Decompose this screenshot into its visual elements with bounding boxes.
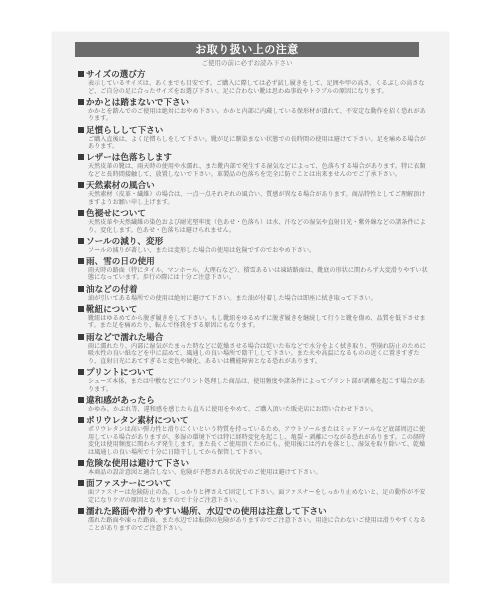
square-bullet-icon xyxy=(78,71,84,77)
section-rain-snow: 雨、雪の日の使用 雨天時の路面（特にタイル、マンホール、大理石など）、積雪あるい… xyxy=(78,257,428,282)
section-print: プリントについて シューズ本体、または中敷などにプリント処理した商品は、使用頻度… xyxy=(78,368,428,393)
section-body: 雨天時の路面（特にタイル、マンホール、大理石など）、積雪あるいは凍結路面は、靴底… xyxy=(78,267,428,282)
section-body: 天然素材（皮革・繊維）の場合は、一点一点それぞれの風合い、質感が異なる場合があり… xyxy=(78,191,428,206)
section-body: かゆみ、かぶれ等、違和感を感じたら直ちに使用をやめて、ご購入頂いた販売店にお問い… xyxy=(78,406,428,414)
sections-list: サイズの選び方 表示しているサイズは、あくまでも目安です。ご購入に際しては必ず試… xyxy=(78,70,428,535)
section-body: ソールの減りが著しい、または変形した場合の使用は危険ですのでおやめ下さい。 xyxy=(78,247,428,255)
section-heading: 濡れた路面や滑りやすい場所、水辺での使用は注意して下さい xyxy=(86,507,327,517)
section-discomfort: 違和感があったら かゆみ、かぶれ等、違和感を感じたら直ちに使用をやめて、ご購入頂… xyxy=(78,396,428,414)
square-bullet-icon xyxy=(78,369,84,375)
section-body: 油が引いてある場所での使用は絶対に避けて下さい。また油が付着した場合は即座に拭き… xyxy=(78,295,428,303)
section-heading: 靴紐について xyxy=(86,305,137,315)
square-bullet-icon xyxy=(78,286,84,292)
section-natural-materials: 天然素材の風合い 天然素材（皮革・繊維）の場合は、一点一点それぞれの風合い、質感… xyxy=(78,181,428,206)
section-body: シューズ本体、または中敷などにプリント処理した商品は、使用頻度や諸条件によってプ… xyxy=(78,378,428,393)
section-heading: かかとは踏まないで下さい xyxy=(86,98,189,108)
section-heading: レザーは色落ちします xyxy=(86,153,172,163)
section-slippery-surfaces: 濡れた路面や滑りやすい場所、水辺での使用は注意して下さい 濡れた路面や凍った路面… xyxy=(78,507,428,532)
square-bullet-icon xyxy=(78,154,84,160)
section-body: ご購入直後は、よく足慣らしをして下さい。靴が足に馴染まない状態での長時間の使用は… xyxy=(78,136,428,151)
document-subtitle: ご使用の前に必ずお読み下さい xyxy=(75,59,419,68)
section-heading: 天然素材の風合い xyxy=(86,181,155,191)
square-bullet-icon xyxy=(78,417,84,423)
section-heading: 雨、雪の日の使用 xyxy=(86,257,155,267)
section-body: 靴紐はゆるめてから脱ぎ履きをして下さい。もし靴紐をゆるめずに脱ぎ履きを継続して行… xyxy=(78,315,428,330)
square-bullet-icon xyxy=(78,258,84,264)
square-bullet-icon xyxy=(78,210,84,216)
section-heading: 油などの付着 xyxy=(86,285,138,295)
section-polyurethane: ポリウレタン素材について ポリウレタンは高い弾力性と滑りにくいという特質を持って… xyxy=(78,416,428,456)
section-fading: 色褪せについて 天然皮革や天然繊維の染色および耐光堅牢度（色あせ・色落ち）は水、… xyxy=(78,209,428,234)
square-bullet-icon xyxy=(78,99,84,105)
section-size: サイズの選び方 表示しているサイズは、あくまでも目安です。ご購入に際しては必ず試… xyxy=(78,70,428,95)
section-sole-wear: ソールの減り、変形 ソールの減りが著しい、または変形した場合の使用は危険ですので… xyxy=(78,237,428,255)
square-bullet-icon xyxy=(78,397,84,403)
section-body: 天然皮革の靴は、雨天時の使用や水濡れ、また靴内部で発生する湿気などによって、色落… xyxy=(78,163,428,178)
section-heading: プリントについて xyxy=(86,368,154,378)
section-laces: 靴紐について 靴紐はゆるめてから脱ぎ履きをして下さい。もし靴紐をゆるめずに脱ぎ履… xyxy=(78,305,428,330)
section-heading: ソールの減り、変形 xyxy=(86,237,163,247)
section-body: 面ファスナーは危険防止の為、しっかりと押さえて固定して下さい。面ファスナーをしっ… xyxy=(78,489,428,504)
section-body: かかとを踏んでのご使用は絶対におやめ下さい。かかと内部に内蔵している保形材が潰れ… xyxy=(78,108,428,123)
section-oil: 油などの付着 油が引いてある場所での使用は絶対に避けて下さい。また油が付着した場… xyxy=(78,285,428,303)
care-instructions-card: お取り扱い上の注意 ご使用の前に必ずお読み下さい サイズの選び方 表示しているサ… xyxy=(52,32,449,583)
section-body: 本商品の設計意図と適合しない、危険が予想される状況でのご使用は避けて下さい。 xyxy=(78,469,428,477)
document-title: お取り扱い上の注意 xyxy=(75,42,419,57)
square-bullet-icon xyxy=(78,127,84,133)
section-body: ポリウレタンは高い弾力性と滑りにくいという特質を持っているため、アウトソールまた… xyxy=(78,426,428,456)
section-heading: 足慣らしして下さい xyxy=(86,126,163,136)
square-bullet-icon xyxy=(78,238,84,244)
section-heading: 危険な使用は避けて下さい xyxy=(86,459,189,469)
section-body: 表示しているサイズは、あくまでも目安です。ご購入に際しては必ず試し履きをして、足… xyxy=(78,80,428,95)
section-body: 濡れた路面や凍った路面、また水辺では転倒の危険がありますのでご注意下さい。用途に… xyxy=(78,517,428,532)
section-heading: ポリウレタン素材について xyxy=(86,416,189,426)
section-heading: 雨などで濡れた場合 xyxy=(86,333,163,343)
section-wet: 雨などで濡れた場合 雨に濡れたり、内部に湿気がたまった時などに乾燥させる場合は乾… xyxy=(78,333,428,366)
square-bullet-icon xyxy=(78,480,84,486)
section-body: 雨に濡れたり、内部に湿気がたまった時などに乾燥させる場合は乾いた布などで水分をよ… xyxy=(78,343,428,366)
section-dangerous-use: 危険な使用は避けて下さい 本商品の設計意図と適合しない、危険が予想される状況での… xyxy=(78,459,428,477)
square-bullet-icon xyxy=(78,182,84,188)
square-bullet-icon xyxy=(78,508,84,514)
section-heading: サイズの選び方 xyxy=(86,70,145,80)
section-velcro: 面ファスナーについて 面ファスナーは危険防止の為、しっかりと押さえて固定して下さ… xyxy=(78,479,428,504)
section-heading: 色褪せについて xyxy=(86,209,146,219)
square-bullet-icon xyxy=(78,306,84,312)
section-heel: かかとは踏まないで下さい かかとを踏んでのご使用は絶対におやめ下さい。かかと内部… xyxy=(78,98,428,123)
section-heading: 違和感があったら xyxy=(86,396,155,406)
square-bullet-icon xyxy=(78,460,84,466)
square-bullet-icon xyxy=(78,334,84,340)
section-leather-color: レザーは色落ちします 天然皮革の靴は、雨天時の使用や水濡れ、また靴内部で発生する… xyxy=(78,153,428,178)
section-break-in: 足慣らしして下さい ご購入直後は、よく足慣らしをして下さい。靴が足に馴染まない状… xyxy=(78,126,428,151)
section-body: 天然皮革や天然繊維の染色および耐光堅牢度（色あせ・色落ち）は水、汗などの湿気や直… xyxy=(78,219,428,234)
section-heading: 面ファスナーについて xyxy=(86,479,171,489)
